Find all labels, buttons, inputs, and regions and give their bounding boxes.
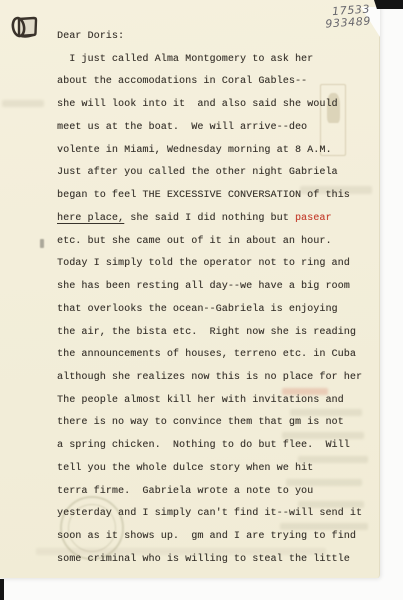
letter-text: Dear Doris: — [57, 31, 124, 42]
scan-artifact-top-right — [374, 0, 403, 9]
red-word: pasear — [295, 213, 332, 224]
letter-line: Dear Doris: — [57, 26, 373, 49]
letter-text: meet us at the boat. We will arrive--deo — [57, 122, 307, 133]
letter-text: about the accomodations in Coral Gables-… — [57, 76, 307, 87]
letter-text: some criminal who is willing to steal th… — [57, 554, 350, 565]
letter-text: that overlooks the ocean--Gabriela is en… — [57, 304, 338, 315]
letter-line: yesterday and I simply can't find it--wi… — [57, 503, 373, 526]
ink-doodle-icon — [11, 14, 39, 44]
letter-line: volente in Miami, Wednesday morning at 8… — [57, 140, 373, 163]
letter-text: there is no way to convince them that gm… — [57, 417, 344, 428]
letter-text: Today I simply told the operator not to … — [57, 258, 350, 269]
letter-line: Today I simply told the operator not to … — [57, 253, 373, 276]
letter-text: terra firme. Gabriela wrote a note to yo… — [57, 486, 313, 497]
letter-line: although she realizes now this is no pla… — [57, 367, 373, 390]
letter-line: there is no way to convince them that gm… — [57, 412, 373, 435]
letter-text: The people almost kill her with invitati… — [57, 395, 344, 406]
letter-line: a spring chicken. Nothing to do but flee… — [57, 435, 373, 458]
letter-line: soon as it shows up. gm and I are trying… — [57, 526, 373, 549]
letter-page: 17533 933489 Dear Doris: I just called A… — [0, 0, 380, 578]
letter-text: she will look into it and also said she … — [57, 99, 338, 110]
letter-line: meet us at the boat. We will arrive--deo — [57, 117, 373, 140]
letter-line: The people almost kill her with invitati… — [57, 390, 373, 413]
letter-text: I just called Alma Montgomery to ask her — [57, 54, 313, 65]
letter-line: terra firme. Gabriela wrote a note to yo… — [57, 481, 373, 504]
letter-text: volente in Miami, Wednesday morning at 8… — [57, 145, 332, 156]
letter-text: Just after you called the other night Ga… — [57, 167, 338, 178]
letter-text: she said I did nothing but — [124, 213, 295, 224]
letter-text: yesterday and I simply can't find it--wi… — [57, 508, 362, 519]
letter-body: Dear Doris: I just called Alma Montgomer… — [57, 26, 373, 572]
letter-line: that overlooks the ocean--Gabriela is en… — [57, 299, 373, 322]
letter-text: the air, the bista etc. Right now she is… — [57, 327, 356, 338]
letter-line: tell you the whole dulce story when we h… — [57, 458, 373, 481]
letter-text: etc. but she came out of it in about an … — [57, 236, 332, 247]
scan-artifact-bottom-left — [0, 579, 4, 600]
letter-line: the announcements of houses, terreno etc… — [57, 344, 373, 367]
letter-line: about the accomodations in Coral Gables-… — [57, 71, 373, 94]
letter-text: although she realizes now this is no pla… — [57, 372, 362, 383]
bleed-through-text-smudge — [2, 100, 44, 107]
letter-line: I just called Alma Montgomery to ask her — [57, 49, 373, 72]
letter-text: she has been resting all day--we have a … — [57, 281, 350, 292]
letter-line: she has been resting all day--we have a … — [57, 276, 373, 299]
letter-line: here place, she said I did nothing but p… — [57, 208, 373, 231]
letter-line: etc. but she came out of it in about an … — [57, 231, 373, 254]
letter-line: Just after you called the other night Ga… — [57, 162, 373, 185]
letter-line: she will look into it and also said she … — [57, 94, 373, 117]
letter-line: began to feel THE EXCESSIVE CONVERSATION… — [57, 185, 373, 208]
letter-line: some criminal who is willing to steal th… — [57, 549, 373, 572]
ink-speck — [40, 239, 44, 248]
letter-line: the air, the bista etc. Right now she is… — [57, 322, 373, 345]
letter-text: soon as it shows up. gm and I are trying… — [57, 531, 356, 542]
letter-text: the announcements of houses, terreno etc… — [57, 349, 356, 360]
letter-text: began to feel THE EXCESSIVE CONVERSATION… — [57, 190, 350, 201]
letter-text: a spring chicken. Nothing to do but flee… — [57, 440, 350, 451]
underlined-phrase: here place, — [57, 213, 124, 224]
letter-text: tell you the whole dulce story when we h… — [57, 463, 313, 474]
